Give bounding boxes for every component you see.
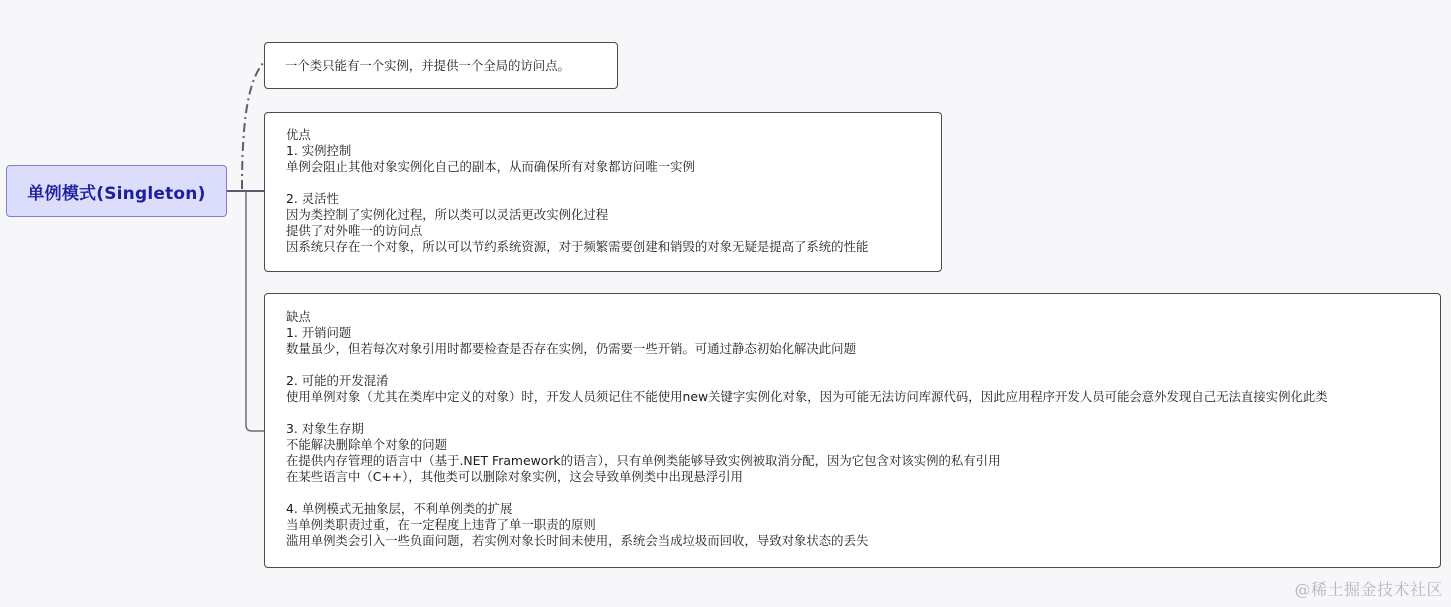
pros-line: 因系统只存在一个对象，所以可以节约系统资源，对于频繁需要创建和销毁的对象无疑是提… <box>286 239 941 255</box>
root-topic-singleton[interactable]: 单例模式(Singleton) <box>6 165 227 217</box>
cons-line: 在某些语言中（C++），其他类可以删除对象实例，这会导致单例类中出现悬浮引用 <box>286 469 1440 485</box>
pros-title: 优点 <box>286 127 941 143</box>
cons-line: 不能解决删除单个对象的问题 <box>286 437 1440 453</box>
cons-heading-no-abstraction: 4. 单例模式无抽象层，不利单例类的扩展 <box>286 501 1440 517</box>
topic-pros[interactable]: 优点 1. 实例控制 单例会阻止其他对象实例化自己的副本，从而确保所有对象都访问… <box>264 112 942 272</box>
cons-line: 滥用单例类会引入一些负面问题，若实例对象长时间未使用，系统会当成垃圾而回收，导致… <box>286 533 1440 549</box>
cons-heading-overhead: 1. 开销问题 <box>286 325 1440 341</box>
cons-line: 数量虽少，但若每次对象引用时都要检查是否存在实例，仍需要一些开销。可通过静态初始… <box>286 341 1440 357</box>
topic-definition[interactable]: 一个类只能有一个实例，并提供一个全局的访问点。 <box>264 42 618 89</box>
pros-line: 因为类控制了实例化过程，所以类可以灵活更改实例化过程 <box>286 207 941 223</box>
pros-heading-instance-control: 1. 实例控制 <box>286 143 941 159</box>
pros-heading-flexibility: 2. 灵活性 <box>286 191 941 207</box>
pros-line: 单例会阻止其他对象实例化自己的副本，从而确保所有对象都访问唯一实例 <box>286 159 941 175</box>
root-topic-label: 单例模式(Singleton) <box>27 179 205 204</box>
cons-line: 在提供内存管理的语言中（基于.NET Framework的语言），只有单例类能够… <box>286 453 1440 469</box>
cons-heading-confusion: 2. 可能的开发混淆 <box>286 373 1440 389</box>
spacer <box>286 357 1440 373</box>
cons-heading-lifetime: 3. 对象生存期 <box>286 421 1440 437</box>
cons-title: 缺点 <box>286 309 1440 325</box>
spacer <box>286 175 941 191</box>
spacer <box>286 405 1440 421</box>
spacer <box>286 485 1440 501</box>
watermark: @稀土掘金技术社区 <box>1294 577 1443 600</box>
topic-cons[interactable]: 缺点 1. 开销问题 数量虽少，但若每次对象引用时都要检查是否存在实例，仍需要一… <box>264 293 1441 568</box>
definition-text: 一个类只能有一个实例，并提供一个全局的访问点。 <box>285 58 570 74</box>
cons-line: 使用单例对象（尤其在类库中定义的对象）时，开发人员须记住不能使用new关键字实例… <box>286 389 1440 405</box>
pros-line: 提供了对外唯一的访问点 <box>286 223 941 239</box>
cons-line: 当单例类职责过重，在一定程度上违背了单一职责的原则 <box>286 517 1440 533</box>
